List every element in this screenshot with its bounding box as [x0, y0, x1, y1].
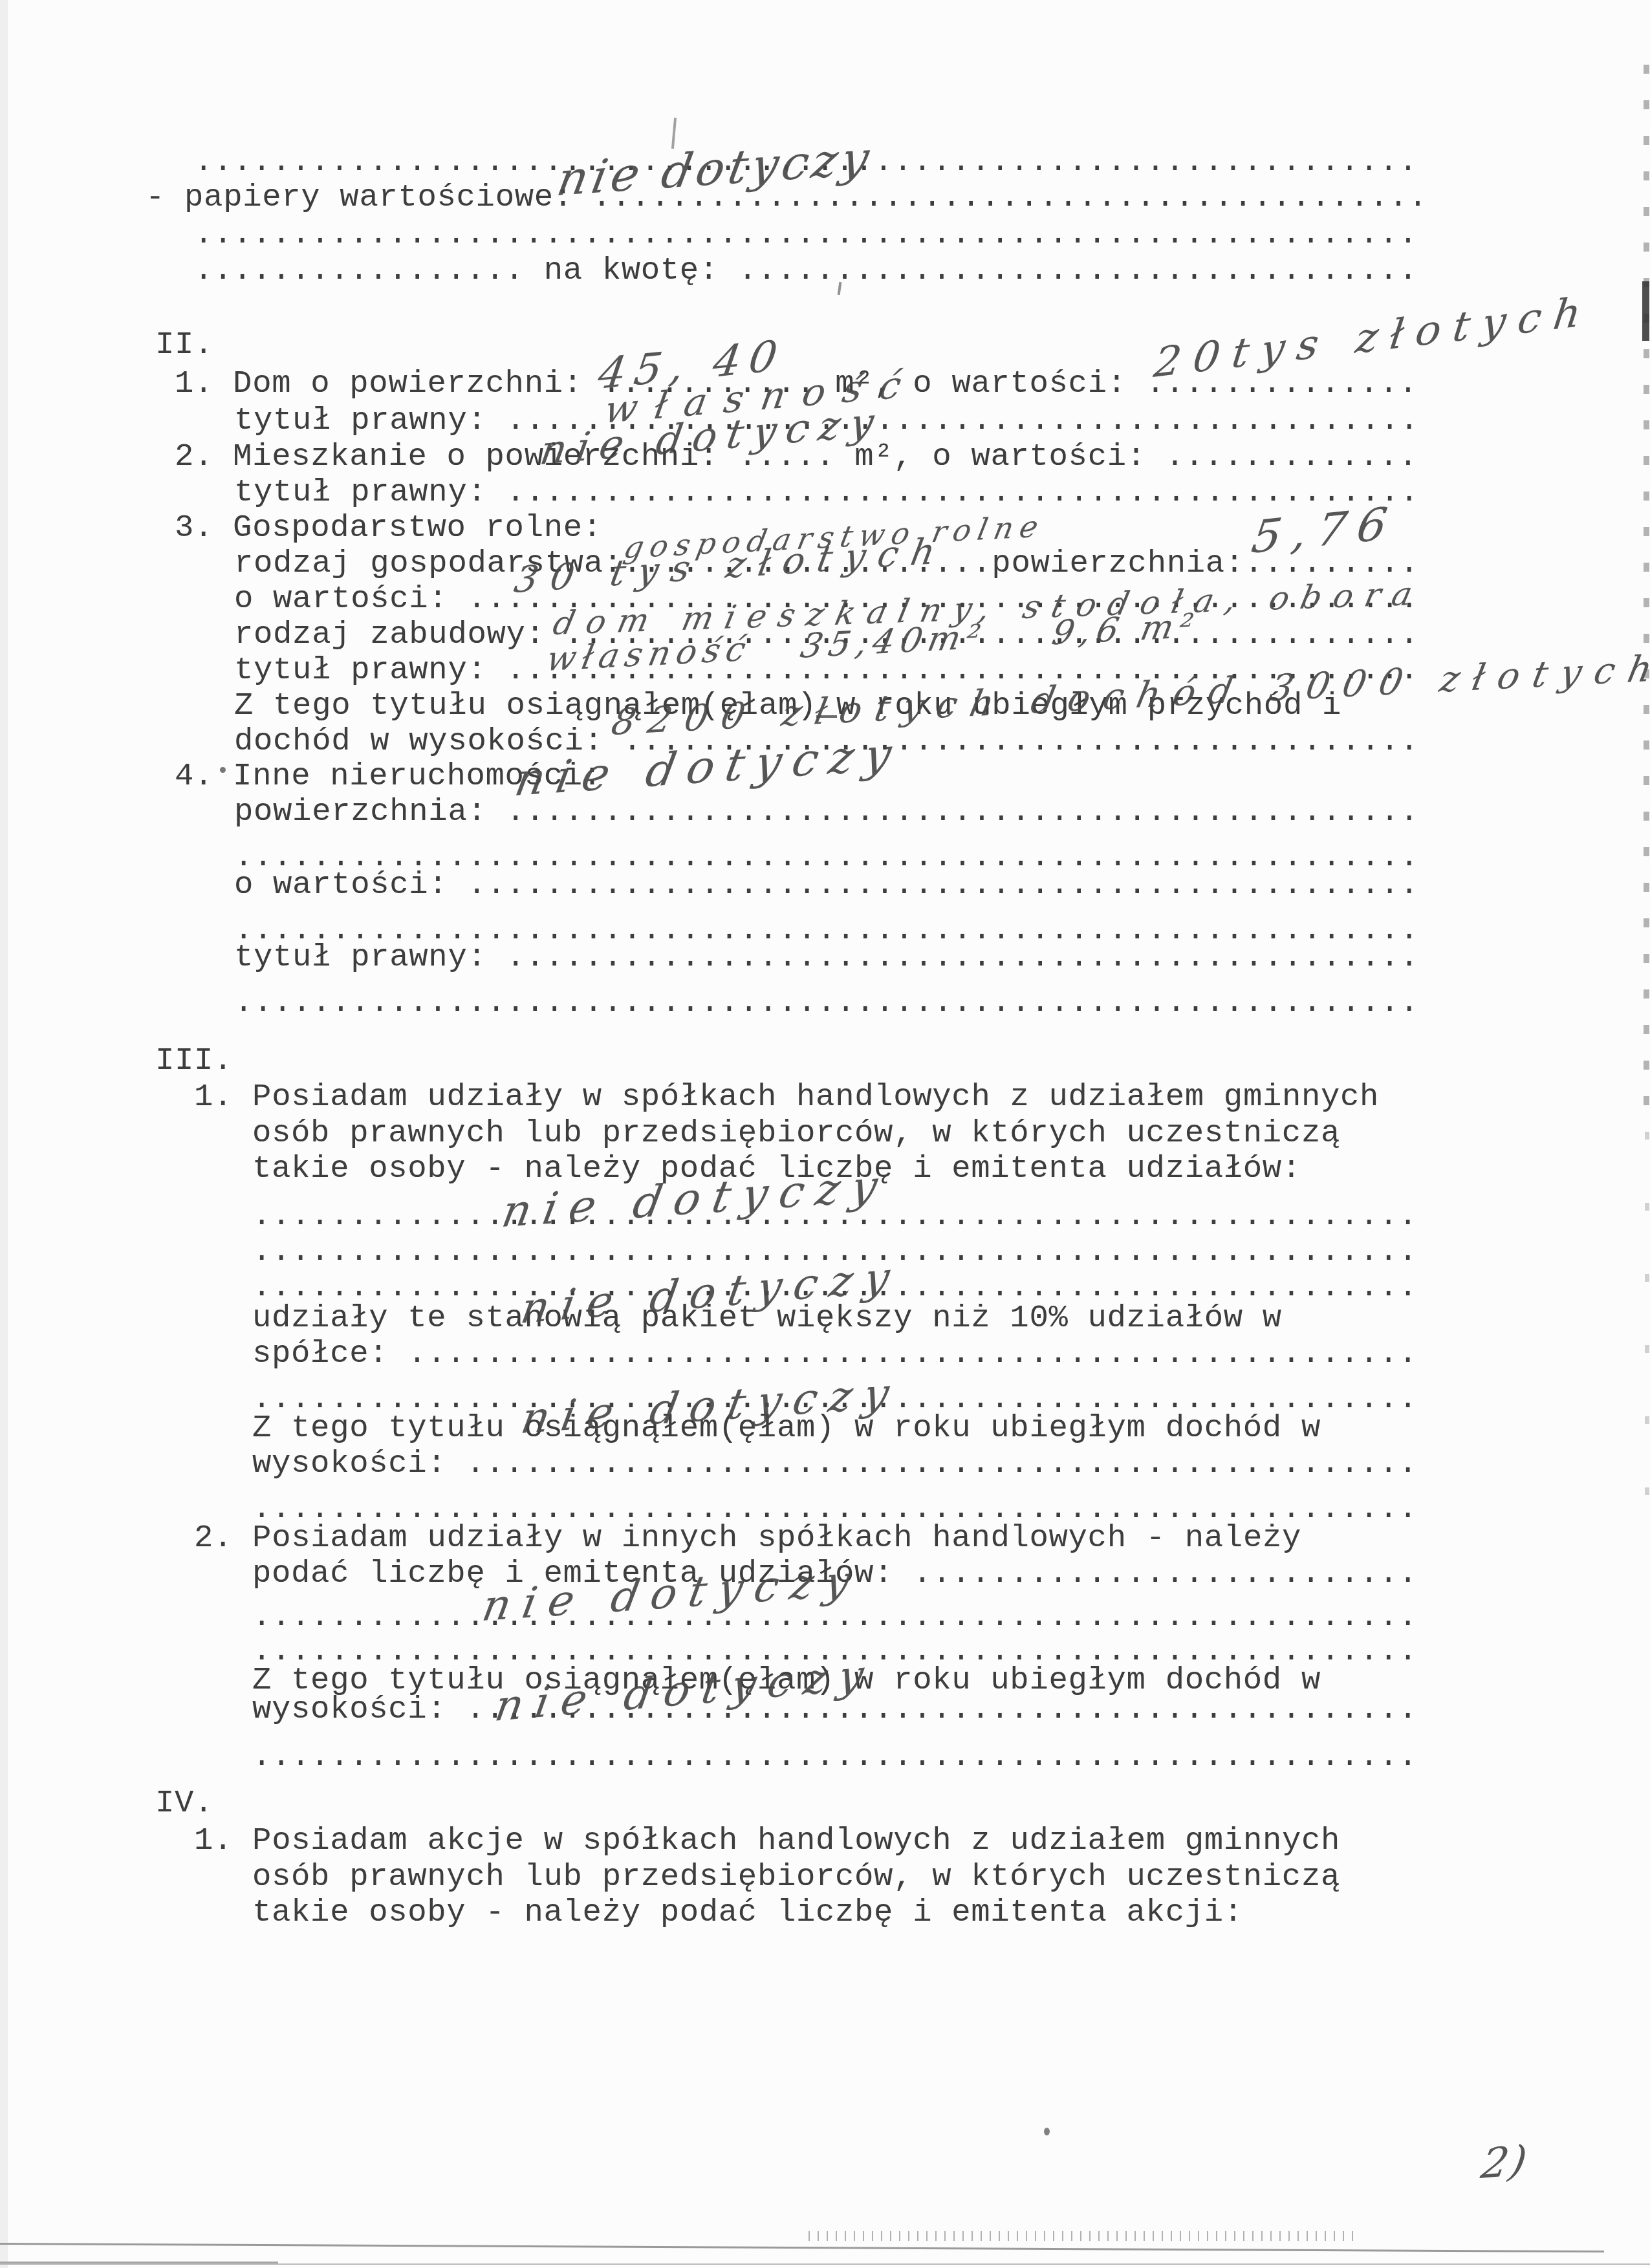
typed-line: 2. Posiadam udziały w innych spółkach ha… [194, 1520, 1301, 1556]
scanned-document-page: ........................................… [0, 0, 1650, 2268]
underline-mark [816, 715, 837, 718]
scan-bottom-line [0, 2243, 1604, 2252]
ink-speck [220, 767, 226, 773]
scan-left-edge-artifact [0, 0, 8, 2268]
typed-line: 1. Posiadam udziały w spółkach handlowyc… [194, 1079, 1379, 1115]
typed-line: takie osoby - należy podać liczbę i emit… [252, 1894, 1243, 1930]
typed-line: ........................................… [252, 1738, 1418, 1775]
typed-line: o wartości: ............................… [234, 867, 1419, 903]
typed-line: ........................................… [234, 984, 1419, 1021]
typed-line: ................. na kwotę: ............… [194, 252, 1418, 288]
typed-line: IV. [155, 1785, 213, 1821]
page-number-handwritten: 2) [1478, 2137, 1532, 2188]
ink-dot [1044, 2128, 1050, 2135]
scan-right-edge-ticks [1644, 65, 1649, 1132]
typed-line: II. [155, 327, 213, 363]
typed-line: tytuł prawny: ..........................… [234, 474, 1419, 510]
scan-bottom-edge [0, 2263, 1650, 2265]
typed-line: ........................................… [194, 216, 1418, 252]
typed-line: spółce: ................................… [252, 1335, 1418, 1372]
typed-line: 3. Gospodarstwo rolne: [175, 510, 602, 546]
typed-line: tytuł prawny: ..........................… [234, 939, 1419, 975]
scan-right-edge-ticks [1645, 1132, 1649, 1533]
scan-right-edge-mark [1642, 281, 1649, 341]
typed-line: III. [155, 1042, 233, 1079]
typed-line: 1. Posiadam akcje w spółkach handlowych … [194, 1822, 1340, 1859]
typed-line: wysokości: .............................… [252, 1445, 1418, 1482]
typed-line: osób prawnych lub przedsiębiorców, w któ… [252, 1115, 1340, 1151]
typed-line: osób prawnych lub przedsiębiorców, w któ… [252, 1859, 1340, 1895]
scan-bottom-noise [809, 2231, 1358, 2241]
typed-line: powierzchnia: ..........................… [234, 794, 1419, 830]
